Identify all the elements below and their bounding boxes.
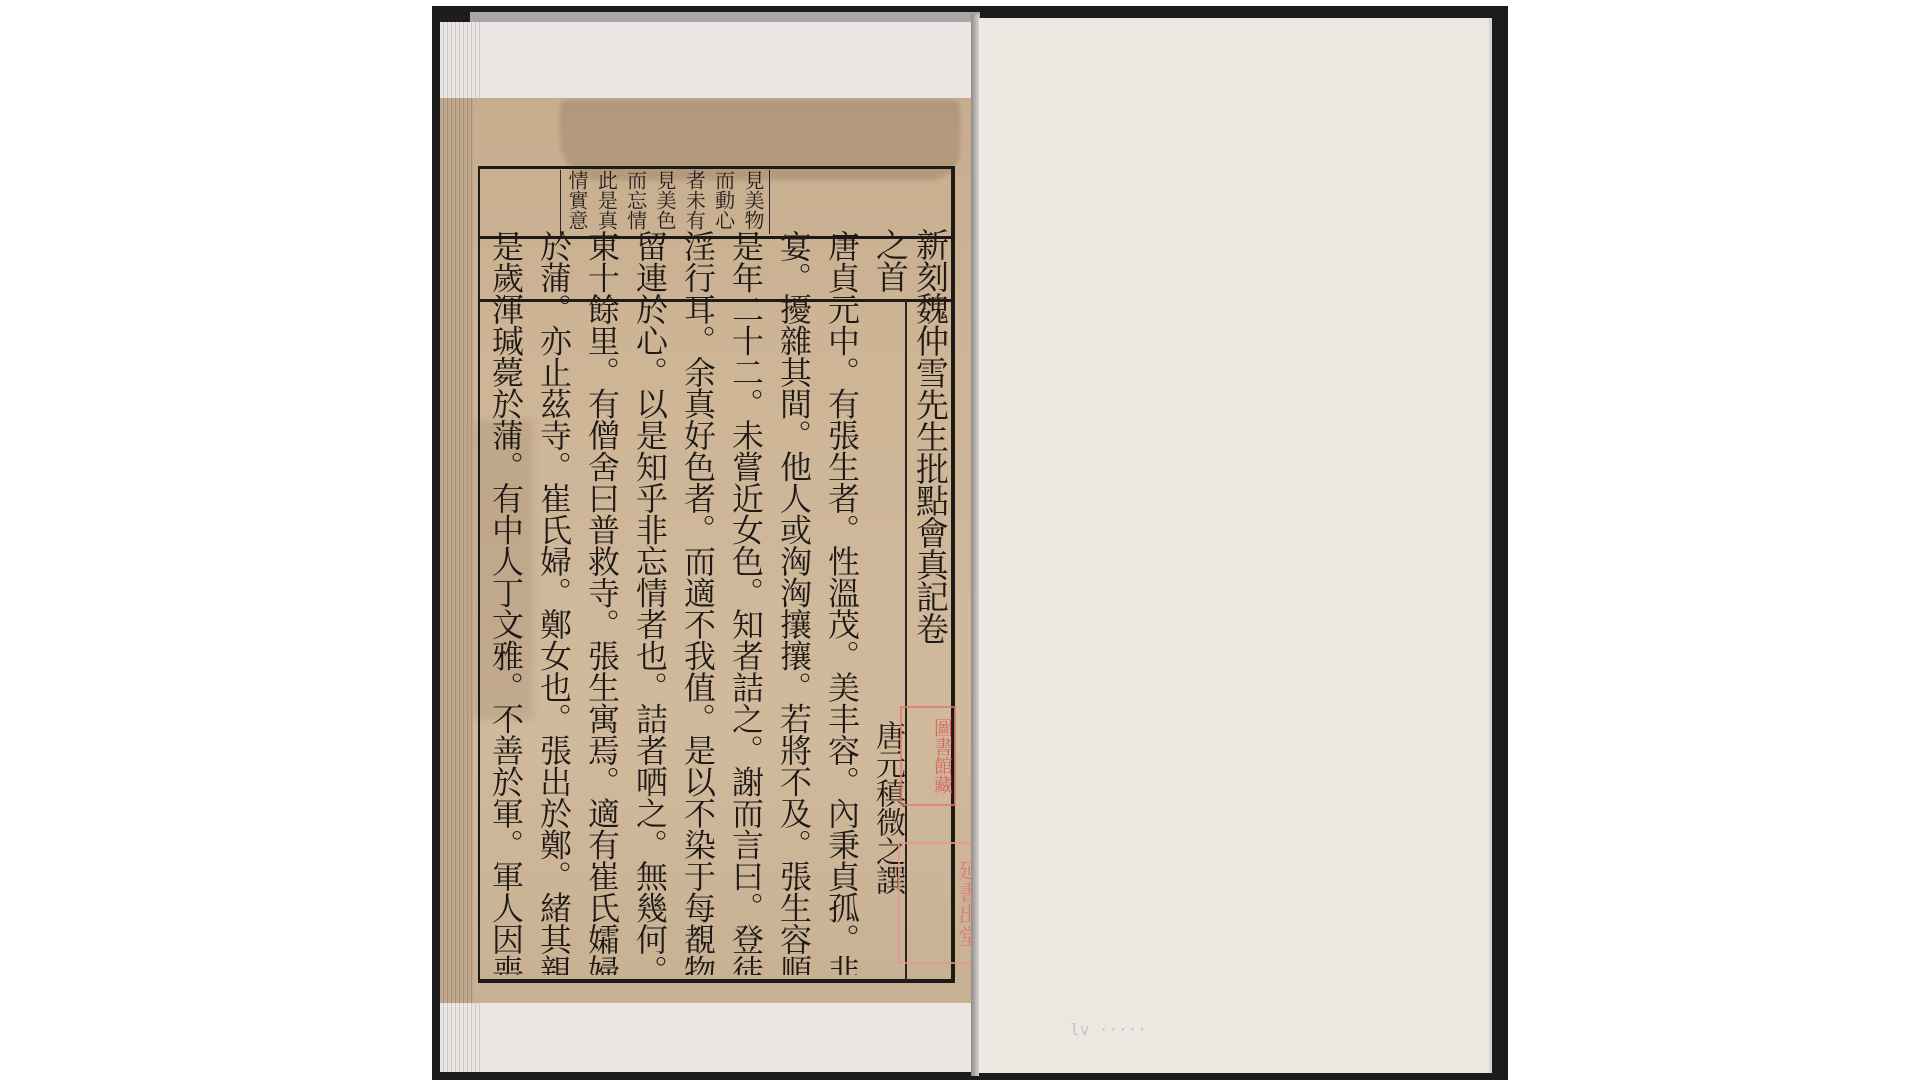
frame-left-border bbox=[478, 166, 480, 982]
headnote-column: 而忘情 bbox=[624, 170, 648, 234]
headnote-column: 情實意 bbox=[565, 170, 589, 234]
right-blank-page bbox=[979, 18, 1492, 1073]
text-column: 宴。擾雜其間。他人或洶洶攘攘。若將不及。張生容順而已。終不能亂。以 bbox=[772, 230, 816, 975]
headnote-column: 見美色 bbox=[653, 170, 677, 234]
text-column: 淫行耳。余真好色者。而適不我值。是以不染于每覩物之艷者。未嘗不 bbox=[676, 230, 720, 975]
headnote-column: 此是真 bbox=[594, 170, 618, 234]
book-gutter bbox=[971, 14, 979, 1076]
chapter-title: 新刻魏仲雪先生批點會真記卷之首 bbox=[910, 228, 950, 648]
text-column: 是歲渾瑊薨於蒲。有中人丁文雅。不善於軍。軍人因喪而擾。大掠蒲人 bbox=[484, 230, 528, 975]
text-column: 是年二十二。未嘗近女色。知者詰之。謝而言曰。登徒子非好色者。是有 bbox=[724, 230, 768, 975]
text-column: 留連於心。以是知乎非忘情者也。詰者哂之。無幾何。張生遊於蒲。蒲之 bbox=[628, 230, 672, 975]
headnote-column: 者未有 bbox=[682, 170, 706, 234]
headnote-column: 見美物 bbox=[741, 170, 765, 234]
text-column: 東十餘里。有僧舍曰普救寺。張生寓焉。適有崔氏孀婦。將歸長安。路出 bbox=[580, 230, 624, 975]
headnote-box: 見美物 而動心 者未有 見美色 而忘情 此是真 情實意 bbox=[560, 170, 770, 234]
text-column: 唐貞元中。有張生者。性溫茂。美丰容。內秉貞孤。非禮不可入。或朋友遊 bbox=[820, 230, 864, 975]
headnote-column: 而動心 bbox=[712, 170, 736, 234]
body-text: 唐貞元中。有張生者。性溫茂。美丰容。內秉貞孤。非禮不可入。或朋友遊 宴。擾雜其間… bbox=[484, 230, 864, 980]
text-column: 於蒲。亦止茲寺。崔氏婦。鄭女也。張出於鄭。緒其親。乃異派之從母 bbox=[532, 230, 576, 975]
collector-seal-1: 圖書館藏 bbox=[900, 706, 956, 806]
pencil-shelfmark: lv ····· bbox=[1070, 1020, 1147, 1039]
headnote-top-border bbox=[478, 166, 954, 169]
